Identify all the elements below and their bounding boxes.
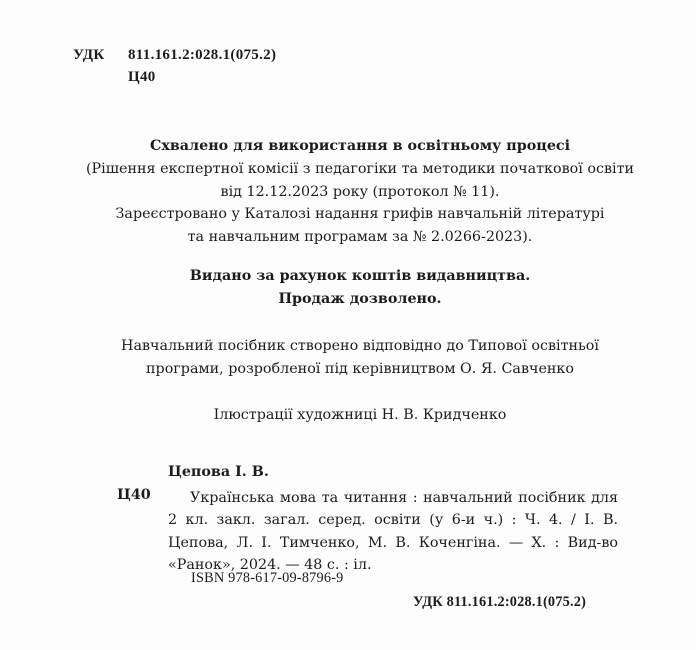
udk-label: УДК (73, 47, 105, 64)
catalog-description-text: Українська мова та читання : навчальний … (168, 490, 618, 573)
program-note-line: Навчальний посібник створено відповідно … (60, 335, 660, 358)
approval-line: Зареєстровано у Каталозі надання грифів … (60, 203, 660, 226)
catalog-udk: УДК 811.161.2:028.1(075.2) (413, 594, 586, 611)
isbn: ISBN 978-617-09-8796-9 (191, 570, 344, 587)
publisher-note-line: Продаж дозволено. (60, 288, 660, 311)
approval-title: Схвалено для використання в освітньому п… (60, 135, 660, 158)
publisher-note-line: Видано за рахунок коштів видавництва. (60, 265, 660, 288)
program-note-line: програми, розробленої під керівництвом О… (60, 358, 660, 381)
catalog-author: Цепова І. В. (168, 464, 269, 480)
publisher-note: Видано за рахунок коштів видавництва. Пр… (60, 265, 660, 311)
program-note: Навчальний посібник створено відповідно … (60, 335, 660, 381)
illustrations-credit: Ілюстрації художниці Н. В. Кридченко (60, 404, 660, 427)
udk-code: 811.161.2:028.1(075.2) (128, 47, 276, 64)
catalog-description: Українська мова та читання : навчальний … (168, 487, 618, 576)
approval-line: та навчальним програмам за № 2.0266-2023… (60, 226, 660, 249)
approval-notice: Схвалено для використання в освітньому п… (60, 135, 660, 249)
catalog-bbk: Ц40 (117, 487, 151, 503)
bbk-code: Ц40 (128, 69, 156, 86)
approval-line: від 12.12.2023 року (протокол № 11). (60, 181, 660, 204)
approval-line: (Рішення експертної комісії з педагогіки… (60, 158, 660, 181)
